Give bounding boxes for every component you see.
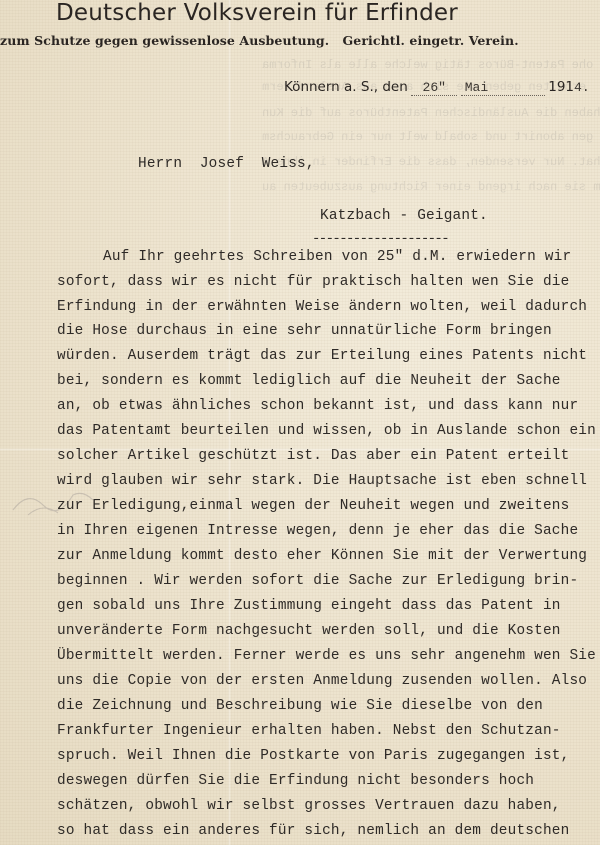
body-line: das Patentamt beurteilen und wissen, ob …	[57, 423, 596, 439]
body-line: in Ihren eigenen Intresse wegen, denn je…	[57, 523, 578, 539]
body-line: sofort, dass wir es nicht für praktisch …	[57, 274, 569, 290]
body-line: würden. Auserdem trägt das zur Erteilung…	[57, 348, 587, 364]
body-line: Auf Ihr geehrtes Schreiben von 25" d.M. …	[103, 249, 571, 265]
body-line: uns die Copie von der ersten Anmeldung z…	[57, 673, 587, 689]
body-line: Frankfurter Ingenieur erhalten haben. Ne…	[57, 723, 561, 739]
body-line: unveränderte Form nachgesucht werden sol…	[57, 623, 561, 639]
body-line: zur Erledigung,einmal wegen der Neuheit …	[57, 498, 569, 514]
bleed-through-text: um sie nach irgend einer Richtung auszub…	[262, 180, 600, 194]
body-line: deswegen dürfen Sie die Erfindung nicht …	[57, 773, 534, 789]
body-line: an, ob etwas ähnliches schon bekannt ist…	[57, 398, 578, 414]
bleed-through-text: gen abonirt und sobald welt nur ein Gebr…	[262, 130, 593, 144]
body-line: bei, sondern es kommt lediglich auf die …	[57, 373, 561, 389]
letterhead-subtitle: zum Schutze gegen gewissenlose Ausbeutun…	[0, 33, 519, 48]
body-line: so hat dass ein anderes für sich, nemlic…	[57, 823, 569, 839]
body-line: zur Anmeldung kommt desto eher Können Si…	[57, 548, 587, 564]
bleed-through-text: ohe Patent-Büros tätig welche alle als I…	[262, 58, 593, 72]
date-day: 26"	[411, 80, 457, 96]
recipient-place: Katzbach - Geigant.	[320, 208, 488, 224]
body-line: die Hose durchaus in eine sehr unnatürli…	[57, 323, 552, 339]
letterhead-title: Deutscher Volksverein für Erfinder	[56, 0, 458, 26]
date-year-prefix: 191	[548, 79, 574, 95]
bleed-through-text: haben die Ausländischen Patentbüros auf …	[262, 106, 600, 120]
body-line: beginnen . Wir werden sofort die Sache z…	[57, 573, 578, 589]
recipient-name: Herrn Josef Weiss,	[138, 156, 315, 172]
dateline: Könnern a. S., den 26" Mai 1914.	[284, 79, 590, 96]
body-line: solcher Artikel geschützt ist. Das aber …	[57, 448, 569, 464]
place-prefix: Könnern a. S., den	[284, 79, 408, 95]
body-line: die Zeichnung und Beschreibung wie Sie d…	[57, 698, 543, 714]
recipient-place-underline: --------------------	[312, 231, 448, 247]
body-line: gen sobald uns Ihre Zustimmung eingeht d…	[57, 598, 561, 614]
body-line: spruch. Weil Ihnen die Postkarte von Par…	[57, 748, 569, 764]
body-line: schätzen, obwohl wir selbst grosses Vert…	[57, 798, 561, 814]
date-month: Mai	[461, 80, 545, 96]
body-line: Übermittelt werden. Ferner werde es uns …	[57, 648, 596, 664]
body-line: wird glauben wir sehr stark. Die Hauptsa…	[57, 473, 587, 489]
body-line: Erfindung in der erwähnten Weise ändern …	[57, 299, 587, 315]
date-year-suffix: 4.	[574, 80, 590, 95]
